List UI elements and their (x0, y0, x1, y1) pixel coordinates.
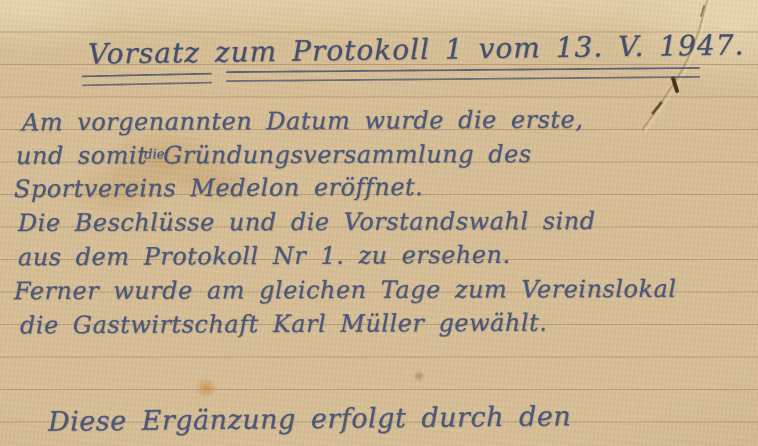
handwritten-line-2: und somitdieGründungsversammlung des (16, 141, 532, 170)
title-underline-right (226, 67, 700, 82)
handwritten-line-1: Am vorgenannten Datum wurde die erste, (22, 107, 584, 138)
handwritten-line-6: Ferner wurde am gleichen Tage zum Verein… (14, 276, 677, 306)
handwritten-line-4: Die Beschlüsse und die Vorstandswahl sin… (18, 208, 596, 238)
paper-page: Vorsatz zum Protokoll 1 vom 13. V. 1947.… (0, 0, 758, 446)
page-title: Vorsatz zum Protokoll 1 vom 13. V. 1947. (88, 29, 745, 70)
line-2-text-before-insert: und somit (16, 141, 147, 169)
title-underline-left (82, 73, 212, 87)
handwritten-line-3: Sportvereins Medelon eröffnet. (14, 174, 423, 204)
handwritten-line-8: Diese Ergänzung erfolgt durch den (48, 401, 572, 438)
handwritten-line-7: die Gastwirtschaft Karl Müller gewählt. (20, 310, 547, 340)
line-2-text-after-insert: Gründungsversammlung des (163, 140, 531, 169)
handwritten-line-5: aus dem Protokoll Nr 1. zu ersehen. (18, 242, 511, 272)
inserted-word: die (144, 148, 164, 163)
